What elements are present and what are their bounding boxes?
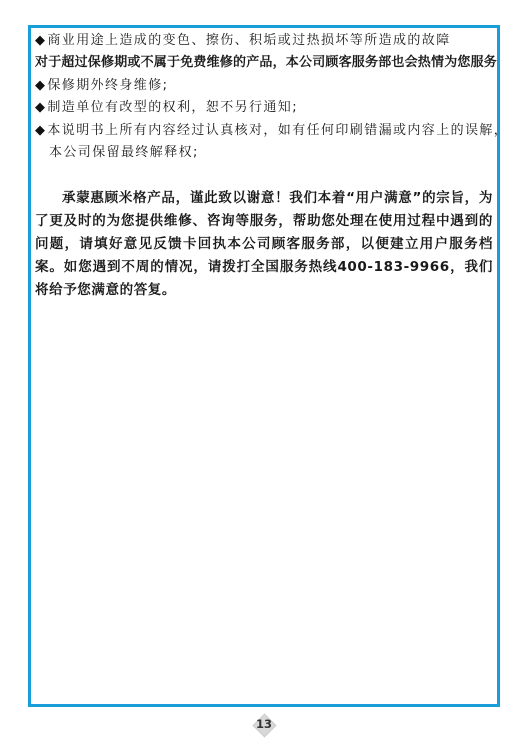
- note-text: 本公司保留最终解释权;: [49, 145, 199, 160]
- manual-page: ◆商业用途上造成的变色、擦伤、积垢或过热损坏等所造成的故障 对于超过保修期或不属…: [0, 0, 528, 742]
- note-text: 对于超过保修期或不属于免费维修的产品，本公司顾客服务部也会热情为您服务: [35, 55, 497, 70]
- warranty-note-line: ◆制造单位有改型的权利，恕不另行通知;: [35, 97, 493, 119]
- note-text: 保修期外终身维修;: [47, 78, 168, 93]
- warranty-note-line: 本公司保留最终解释权;: [35, 142, 493, 164]
- note-text: 本说明书上所有内容经过认真核对，如有任何印刷错漏或内容上的误解，: [47, 123, 508, 138]
- warranty-note-line: 对于超过保修期或不属于免费维修的产品，本公司顾客服务部也会热情为您服务: [35, 52, 493, 74]
- warranty-note-line: ◆保修期外终身维修;: [35, 75, 493, 97]
- diamond-bullet-icon: ◆: [35, 78, 46, 93]
- content-border-frame: ◆商业用途上造成的变色、擦伤、积垢或过热损坏等所造成的故障 对于超过保修期或不属…: [28, 25, 500, 707]
- warranty-note-line: ◆本说明书上所有内容经过认真核对，如有任何印刷错漏或内容上的误解，: [35, 120, 493, 142]
- page-number: 13: [250, 717, 278, 731]
- page-number-badge: 13: [250, 712, 278, 738]
- note-text: 制造单位有改型的权利，恕不另行通知;: [47, 100, 298, 115]
- warranty-note-line: ◆商业用途上造成的变色、擦伤、积垢或过热损坏等所造成的故障: [35, 30, 493, 52]
- diamond-bullet-icon: ◆: [35, 123, 46, 138]
- note-text: 商业用途上造成的变色、擦伤、积垢或过热损坏等所造成的故障: [47, 33, 450, 48]
- thanks-paragraph: 承蒙惠顾米格产品，谨此致以谢意！我们本着“用户满意”的宗旨，为了更及时的为您提供…: [35, 187, 493, 302]
- diamond-bullet-icon: ◆: [35, 33, 46, 48]
- diamond-bullet-icon: ◆: [35, 100, 46, 115]
